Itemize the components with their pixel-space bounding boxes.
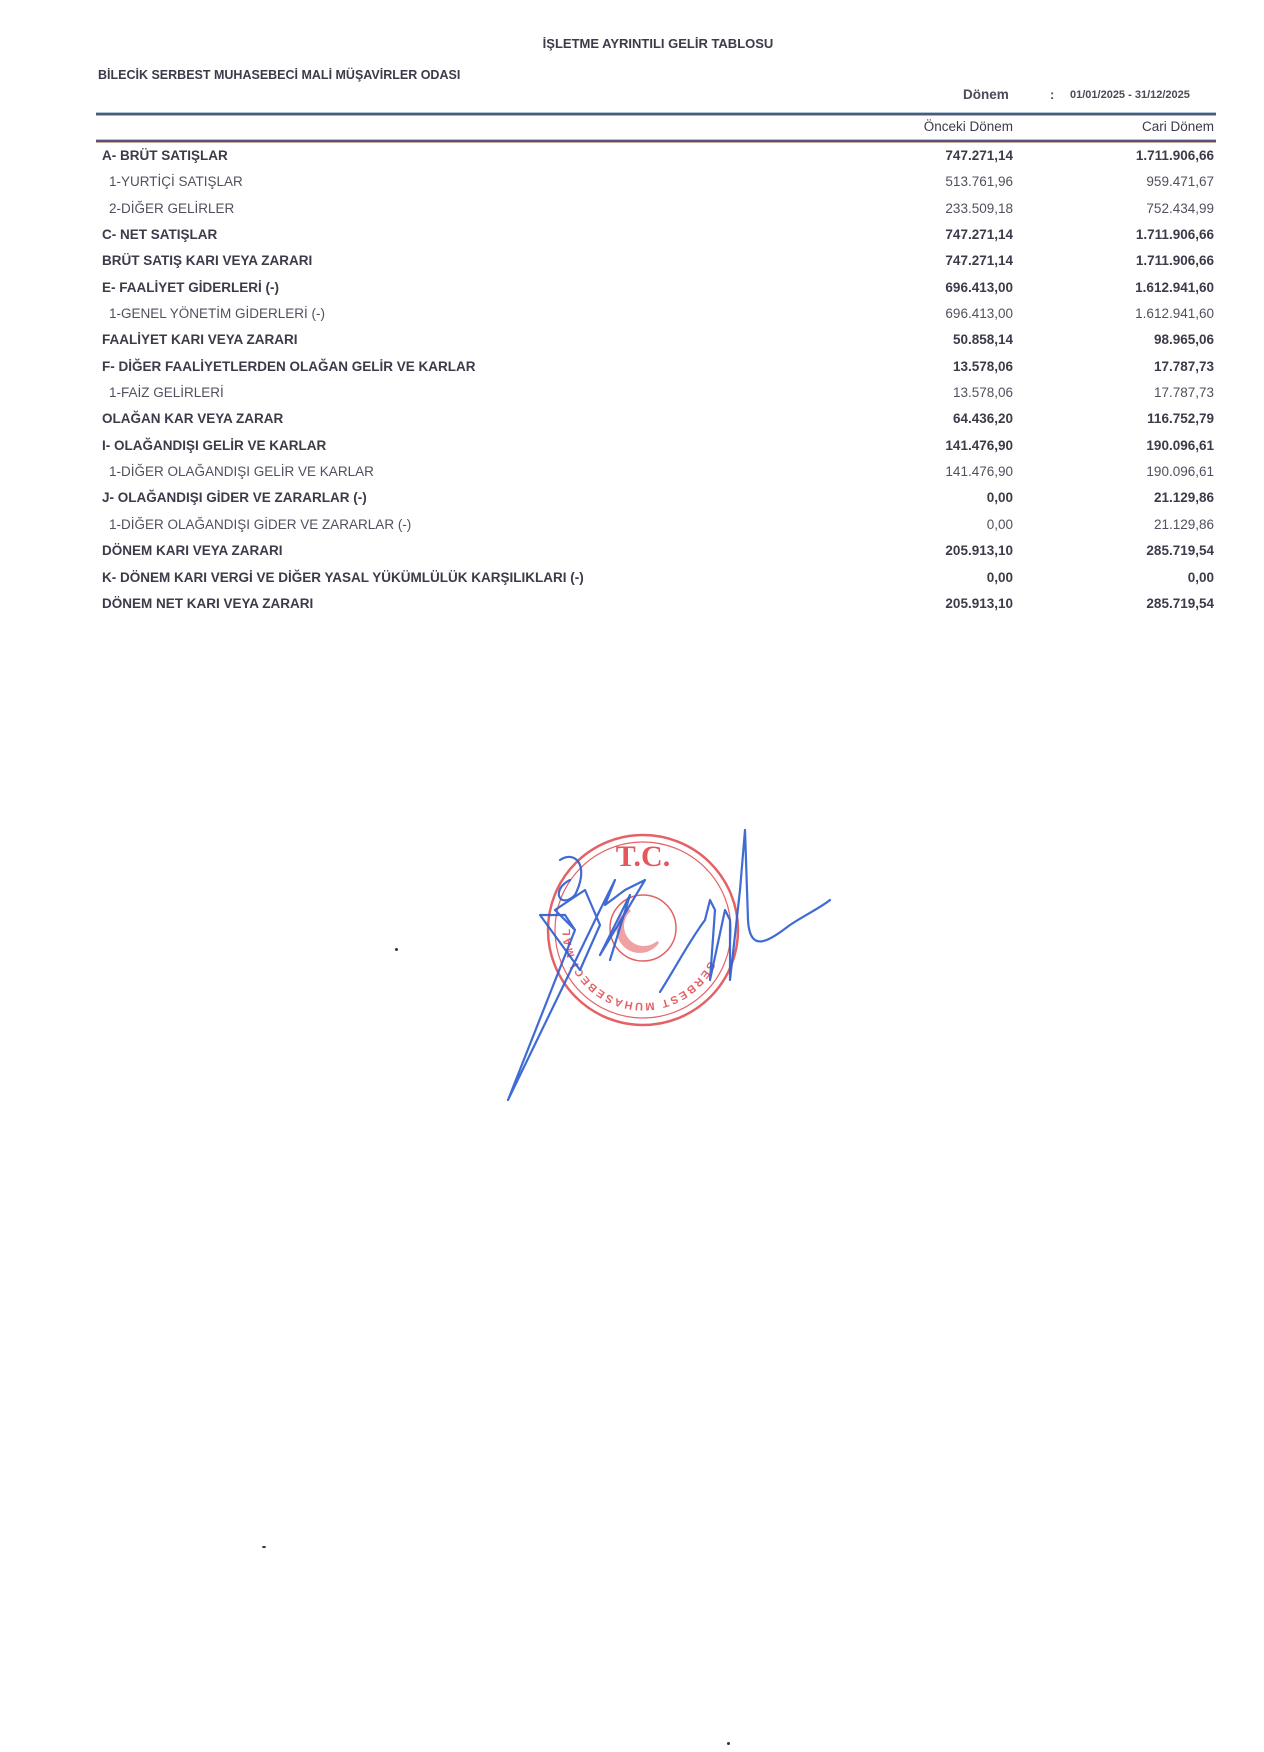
table-row: FAALİYET KARI VEYA ZARARI50.858,1498.965… [0, 327, 1264, 353]
previous-period-value: 696.413,00 [813, 306, 1013, 321]
period-separator: : [1050, 87, 1054, 102]
scan-speck [262, 1546, 266, 1548]
row-label: 1-GENEL YÖNETİM GİDERLERİ (-) [109, 306, 325, 321]
table-row: DÖNEM NET KARI VEYA ZARARI205.913,10285.… [0, 591, 1264, 617]
previous-period-value: 205.913,10 [813, 596, 1013, 611]
table-row: 1-DİĞER OLAĞANDIŞI GELİR VE KARLAR141.47… [0, 459, 1264, 485]
previous-period-value: 233.509,18 [813, 201, 1013, 216]
column-header-previous: Önceki Dönem [813, 119, 1013, 134]
organization-name: BİLECİK SERBEST MUHASEBECİ MALİ MÜŞAVİRL… [98, 68, 460, 82]
column-header-current: Cari Dönem [1014, 119, 1214, 134]
row-label: 1-YURTİÇİ SATIŞLAR [109, 174, 243, 189]
table-row: BRÜT SATIŞ KARI VEYA ZARARI747.271,141.7… [0, 248, 1264, 274]
current-period-value: 21.129,86 [1014, 517, 1214, 532]
current-period-value: 116.752,79 [1014, 411, 1214, 426]
previous-period-value: 0,00 [813, 490, 1013, 505]
row-label: E- FAALİYET GİDERLERİ (-) [102, 280, 279, 295]
current-period-value: 190.096,61 [1014, 464, 1214, 479]
table-row: 2-DİĞER GELİRLER233.509,18752.434,99 [0, 196, 1264, 222]
previous-period-value: 13.578,06 [813, 359, 1013, 374]
current-period-value: 1.612.941,60 [1014, 280, 1214, 295]
previous-period-value: 0,00 [813, 570, 1013, 585]
previous-period-value: 513.761,96 [813, 174, 1013, 189]
document-title: İŞLETME AYRINTILI GELİR TABLOSU [0, 36, 1264, 51]
current-period-value: 285.719,54 [1014, 543, 1214, 558]
current-period-value: 17.787,73 [1014, 359, 1214, 374]
row-label: 1-FAİZ GELİRLERİ [109, 385, 224, 400]
header-bottom-rule [96, 140, 1216, 142]
row-label: K- DÖNEM KARI VERGİ VE DİĞER YASAL YÜKÜM… [102, 570, 584, 585]
current-period-value: 285.719,54 [1014, 596, 1214, 611]
row-label: FAALİYET KARI VEYA ZARARI [102, 332, 298, 347]
previous-period-value: 696.413,00 [813, 280, 1013, 295]
table-row: A- BRÜT SATIŞLAR747.271,141.711.906,66 [0, 143, 1264, 169]
previous-period-value: 64.436,20 [813, 411, 1013, 426]
table-row: 1-YURTİÇİ SATIŞLAR513.761,96959.471,67 [0, 169, 1264, 195]
official-seal-and-signature: T.C. SERBEST MUHASEBECİ MALİ MÜŞAVİRLER … [530, 820, 770, 1060]
table-row: I- OLAĞANDIŞI GELİR VE KARLAR141.476,901… [0, 433, 1264, 459]
current-period-value: 1.711.906,66 [1014, 227, 1214, 242]
row-label: 2-DİĞER GELİRLER [109, 201, 234, 216]
current-period-value: 959.471,67 [1014, 174, 1214, 189]
table-row: K- DÖNEM KARI VERGİ VE DİĞER YASAL YÜKÜM… [0, 565, 1264, 591]
previous-period-value: 13.578,06 [813, 385, 1013, 400]
row-label: C- NET SATIŞLAR [102, 227, 217, 242]
current-period-value: 752.434,99 [1014, 201, 1214, 216]
table-row: 1-DİĞER OLAĞANDIŞI GİDER VE ZARARLAR (-)… [0, 512, 1264, 538]
current-period-value: 190.096,61 [1014, 438, 1214, 453]
row-label: F- DİĞER FAALİYETLERDEN OLAĞAN GELİR VE … [102, 359, 476, 374]
table-row: C- NET SATIŞLAR747.271,141.711.906,66 [0, 222, 1264, 248]
current-period-value: 21.129,86 [1014, 490, 1214, 505]
row-label: OLAĞAN KAR VEYA ZARAR [102, 411, 283, 426]
scan-speck [395, 948, 398, 951]
previous-period-value: 141.476,90 [813, 438, 1013, 453]
table-row: J- OLAĞANDIŞI GİDER VE ZARARLAR (-)0,002… [0, 485, 1264, 511]
previous-period-value: 747.271,14 [813, 148, 1013, 163]
table-row: E- FAALİYET GİDERLERİ (-)696.413,001.612… [0, 275, 1264, 301]
previous-period-value: 0,00 [813, 517, 1013, 532]
current-period-value: 17.787,73 [1014, 385, 1214, 400]
table-row: OLAĞAN KAR VEYA ZARAR64.436,20116.752,79 [0, 406, 1264, 432]
row-label: I- OLAĞANDIŞI GELİR VE KARLAR [102, 438, 326, 453]
period-value: 01/01/2025 - 31/12/2025 [1070, 89, 1190, 101]
row-label: BRÜT SATIŞ KARI VEYA ZARARI [102, 253, 312, 268]
income-statement-table: A- BRÜT SATIŞLAR747.271,141.711.906,661-… [0, 143, 1264, 617]
row-label: 1-DİĞER OLAĞANDIŞI GELİR VE KARLAR [109, 464, 374, 479]
current-period-value: 0,00 [1014, 570, 1214, 585]
seal-top-text: T.C. [616, 840, 670, 873]
current-period-value: 1.711.906,66 [1014, 148, 1214, 163]
table-row: 1-FAİZ GELİRLERİ13.578,0617.787,73 [0, 380, 1264, 406]
current-period-value: 1.612.941,60 [1014, 306, 1214, 321]
previous-period-value: 747.271,14 [813, 253, 1013, 268]
scan-speck [727, 1742, 730, 1745]
previous-period-value: 141.476,90 [813, 464, 1013, 479]
table-row: DÖNEM KARI VEYA ZARARI205.913,10285.719,… [0, 538, 1264, 564]
header-top-rule [96, 113, 1216, 115]
table-row: F- DİĞER FAALİYETLERDEN OLAĞAN GELİR VE … [0, 354, 1264, 380]
row-label: DÖNEM KARI VEYA ZARARI [102, 543, 283, 558]
period-label: Dönem [963, 87, 1009, 102]
previous-period-value: 747.271,14 [813, 227, 1013, 242]
previous-period-value: 205.913,10 [813, 543, 1013, 558]
previous-period-value: 50.858,14 [813, 332, 1013, 347]
row-label: A- BRÜT SATIŞLAR [102, 148, 228, 163]
row-label: 1-DİĞER OLAĞANDIŞI GİDER VE ZARARLAR (-) [109, 517, 411, 532]
row-label: DÖNEM NET KARI VEYA ZARARI [102, 596, 313, 611]
row-label: J- OLAĞANDIŞI GİDER VE ZARARLAR (-) [102, 490, 367, 505]
table-row: 1-GENEL YÖNETİM GİDERLERİ (-)696.413,001… [0, 301, 1264, 327]
current-period-value: 1.711.906,66 [1014, 253, 1214, 268]
current-period-value: 98.965,06 [1014, 332, 1214, 347]
